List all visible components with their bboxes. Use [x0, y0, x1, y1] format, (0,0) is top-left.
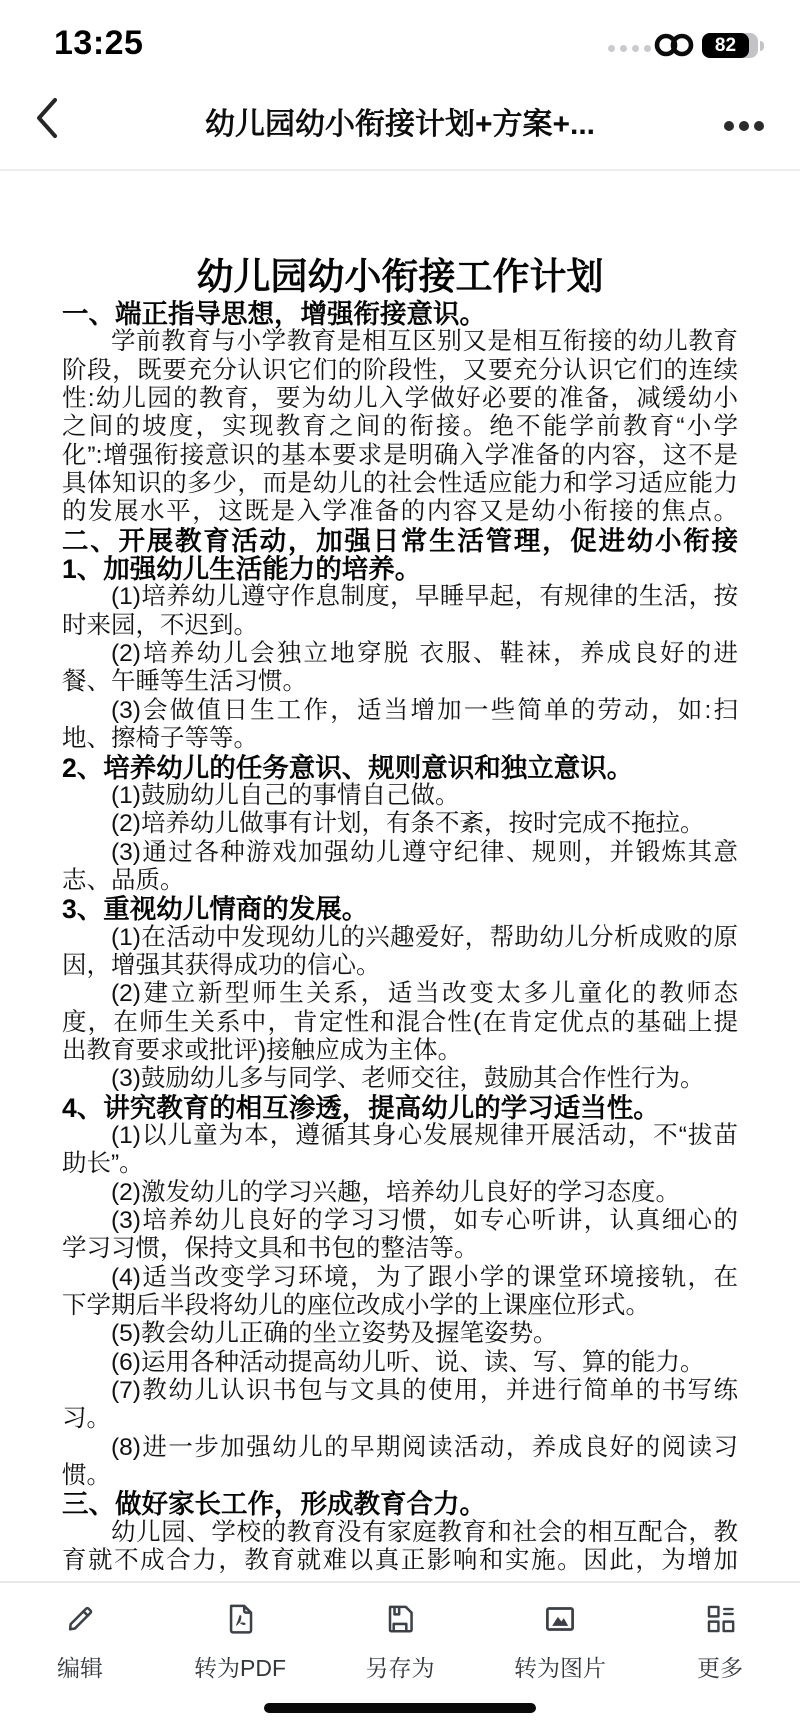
tool-label: 编辑 — [57, 1650, 103, 1683]
grid-more-icon — [699, 1598, 741, 1640]
document-title-bar: 幼儿园幼小衔接计划+方案+... — [100, 99, 700, 143]
clock: 13:25 — [54, 24, 143, 63]
tool-label: 更多 — [697, 1650, 743, 1683]
bottom-toolbar: 编辑 转为PDF 另存为 — [0, 1598, 800, 1683]
doc-line: 学习习惯，保持文具和书包的整洁等。 — [62, 1235, 738, 1263]
doc-line: (4)适当改变学习环境，为了跟小学的课堂环境接轨，在 — [62, 1264, 738, 1292]
tool-label: 转为PDF — [194, 1650, 286, 1683]
doc-line: (2)培养幼儿做事有计划，有条不紊，按时完成不拖拉。 — [62, 810, 738, 838]
convert-to-image-button[interactable]: 转为图片 — [480, 1598, 640, 1683]
more-menu-button[interactable] — [724, 121, 764, 131]
more-tools-button[interactable]: 更多 — [640, 1598, 800, 1683]
document-preview[interactable]: 幼儿园幼小衔接工作计划 一、端正指导思想，增强衔接意识。学前教育与小学教育是相互… — [0, 171, 800, 1580]
doc-line: 4、讲究教育的相互渗透，提高幼儿的学习适当性。 — [62, 1094, 738, 1122]
doc-line: (6)运用各种活动提高幼儿听、说、读、写、算的能力。 — [62, 1349, 738, 1377]
doc-line: 因，增强其获得成功的信心。 — [62, 952, 738, 980]
doc-line: (3)通过各种游戏加强幼儿遵守纪律、规则，并锻炼其意 — [62, 839, 738, 867]
doc-line: 下学期后半段将幼儿的座位改成小学的上课座位形式。 — [62, 1292, 738, 1320]
doc-line: 的发展水平，这既是入学准备的内容又是幼小衔接的焦点。 — [62, 498, 738, 526]
doc-line: 具体知识的多少，而是幼儿的社会性适应能力和学习适应能力 — [62, 470, 738, 498]
ellipsis-icon — [724, 121, 734, 131]
toolbar-divider — [0, 1581, 800, 1583]
pdf-icon — [219, 1598, 261, 1640]
doc-line: 3、重视幼儿情商的发展。 — [62, 895, 738, 923]
doc-line: 幼儿园、学校的教育没有家庭教育和社会的相互配合，教 — [62, 1519, 738, 1547]
doc-heading: 幼儿园幼小衔接工作计划 — [62, 254, 738, 300]
doc-line: (8)进一步加强幼儿的早期阅读活动，养成良好的阅读习 — [62, 1434, 738, 1462]
edit-button[interactable]: 编辑 — [0, 1598, 160, 1683]
battery-percent: 82 — [702, 33, 749, 58]
doc-line: 三、做好家长工作，形成教育合力。 — [62, 1490, 738, 1518]
convert-to-pdf-button[interactable]: 转为PDF — [160, 1598, 320, 1683]
doc-line: 度，在师生关系中，肯定性和混合性(在肯定优点的基础上提 — [62, 1009, 738, 1037]
hotspot-link-icon — [652, 31, 698, 64]
doc-line: 地、擦椅子等等。 — [62, 725, 738, 753]
doc-line: (1)培养幼儿遵守作息制度，早睡早起，有规律的生活，按 — [62, 583, 738, 611]
doc-line: (7)教幼儿认识书包与文具的使用，并进行简单的书写练 — [62, 1377, 738, 1405]
doc-line: (3)鼓励幼儿多与同学、老师交往，鼓励其合作性行为。 — [62, 1065, 738, 1093]
image-icon — [539, 1598, 581, 1640]
doc-line: 之间的坡度，实现教育之间的衔接。绝不能学前教育“小学 — [62, 413, 738, 441]
doc-line: (3)会做值日生工作，适当增加一些简单的劳动，如:扫 — [62, 697, 738, 725]
pencil-icon — [59, 1598, 101, 1640]
doc-line: 学前教育与小学教育是相互区别又是相互衔接的幼儿教育 — [62, 328, 738, 356]
save-as-button[interactable]: 另存为 — [320, 1598, 480, 1683]
signal-dots-icon — [608, 45, 651, 52]
tool-label: 转为图片 — [514, 1650, 606, 1683]
doc-line: 习。 — [62, 1405, 738, 1433]
doc-line: (2)建立新型师生关系，适当改变太多儿童化的教师态 — [62, 980, 738, 1008]
doc-line: 育就不成合力，教育就难以真正影响和实施。因此，为增加 — [62, 1547, 738, 1575]
doc-line: 志、品质。 — [62, 867, 738, 895]
doc-line: 餐、午睡等生活习惯。 — [62, 668, 738, 696]
doc-line: 化”:增强衔接意识的基本要求是明确入学准备的内容，这不是 — [62, 442, 738, 470]
doc-line: 1、加强幼儿生活能力的培养。 — [62, 555, 738, 583]
tool-label: 另存为 — [366, 1650, 435, 1683]
doc-line: 2、培养幼儿的任务意识、规则意识和独立意识。 — [62, 754, 738, 782]
doc-line: (1)以儿童为本，遵循其身心发展规律开展活动，不“拔苗 — [62, 1122, 738, 1150]
app-screen: 13:25 82 幼儿园幼小衔接计划+方案+... 幼儿园幼小衔接工作计划 一、… — [0, 0, 800, 1731]
battery-cap — [760, 41, 764, 51]
doc-line: 时来园，不迟到。 — [62, 612, 738, 640]
doc-line: 一、端正指导思想，增强衔接意识。 — [62, 300, 738, 328]
doc-line: (2)激发幼儿的学习兴趣，培养幼儿良好的学习态度。 — [62, 1179, 738, 1207]
doc-line: (3)培养幼儿良好的学习习惯，如专心听讲，认真细心的 — [62, 1207, 738, 1235]
doc-line: 出教育要求或批评)接触应成为主体。 — [62, 1037, 738, 1065]
back-button[interactable] — [34, 96, 60, 145]
battery-indicator: 82 — [702, 33, 764, 58]
doc-lines: 一、端正指导思想，增强衔接意识。学前教育与小学教育是相互区别又是相互衔接的幼儿教… — [62, 300, 738, 1575]
doc-line: 惯。 — [62, 1462, 738, 1490]
doc-line: (5)教会幼儿正确的坐立姿势及握笔姿势。 — [62, 1320, 738, 1348]
home-indicator[interactable] — [264, 1703, 536, 1713]
doc-line: (2)培养幼儿会独立地穿脱 衣服、鞋袜，养成良好的进 — [62, 640, 738, 668]
doc-line: (1)在活动中发现幼儿的兴趣爱好，帮助幼儿分析成败的原 — [62, 924, 738, 952]
doc-line: 性:幼儿园的教育，要为幼儿入学做好必要的准备，减缓幼小 — [62, 385, 738, 413]
doc-line: 二、开展教育活动，加强日常生活管理，促进幼小衔接 — [62, 527, 738, 555]
floppy-save-icon — [379, 1598, 421, 1640]
doc-line: (1)鼓励幼儿自己的事情自己做。 — [62, 782, 738, 810]
doc-line: 阶段，既要充分认识它们的阶段性，又要充分认识它们的连续 — [62, 357, 738, 385]
doc-line: 助长”。 — [62, 1150, 738, 1178]
